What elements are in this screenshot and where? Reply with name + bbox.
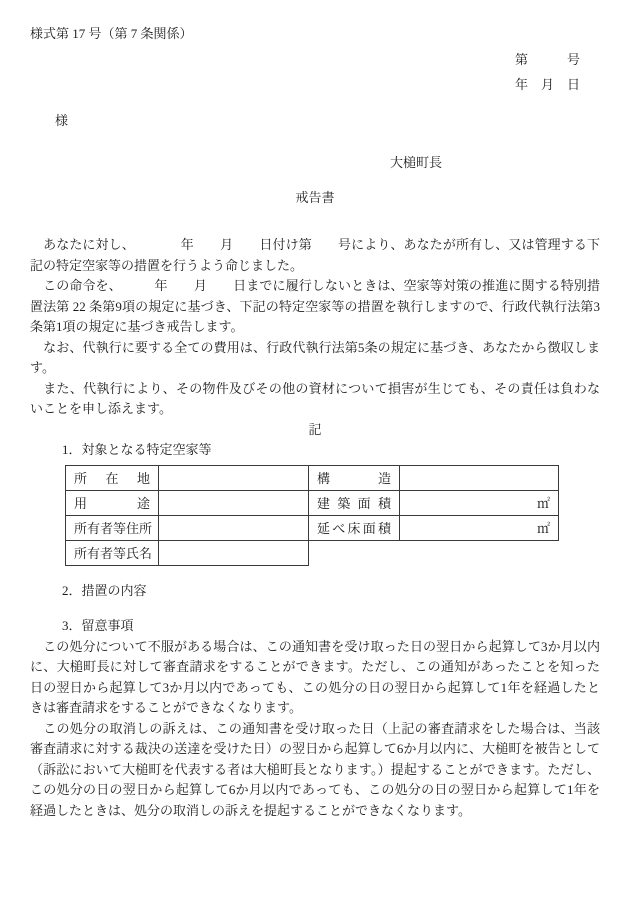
document-number-block: 第 号 年 月 日 bbox=[30, 47, 600, 97]
paragraph-cost-collection: なお、代執行に要する全ての費用は、行政代執行法第5条の規定に基づき、あなたから徴… bbox=[30, 338, 600, 379]
paragraph-review-request: この処分について不服がある場合は、この通知書を受け取った日の翌日から起算して3か… bbox=[30, 637, 600, 719]
owner-name-value-cell bbox=[159, 540, 309, 565]
owner-address-label-cell: 所有者等住所 bbox=[66, 515, 159, 540]
section-3-heading: 3．留意事項 bbox=[62, 616, 600, 637]
location-value-cell bbox=[159, 465, 309, 490]
paragraph-order-notice: あなたに対し、 年 月 日付け第 号により、あなたが所有し、又は管理する下記の特… bbox=[30, 235, 600, 276]
table-row: 所有者等氏名 bbox=[66, 540, 559, 565]
location-label-cell: 所在地 bbox=[66, 465, 159, 490]
table-row: 所有者等住所 延べ床面積 ㎡ bbox=[66, 515, 559, 540]
document-title: 戒告書 bbox=[30, 188, 600, 208]
floor-area-unit-cell: ㎡ bbox=[400, 515, 559, 540]
building-area-label-cell: 建築面積 bbox=[309, 490, 400, 515]
notes-text: この処分について不服がある場合は、この通知書を受け取った日の翌日から起算して3か… bbox=[30, 637, 600, 822]
form-number: 様式第 17 号（第 7 条関係） bbox=[30, 24, 600, 44]
paragraph-warning: この命令を、 年 月 日までに履行しないときは、空家等対策の推進に関する特別措置… bbox=[30, 276, 600, 338]
paragraph-lawsuit: この処分の取消しの訴えは、この通知書を受け取った日（上記の審査請求をした場合は、… bbox=[30, 719, 600, 822]
structure-label-cell: 構造 bbox=[309, 465, 400, 490]
table-row: 用途 建築面積 ㎡ bbox=[66, 490, 559, 515]
section-2-heading: 2．措置の内容 bbox=[62, 581, 600, 602]
property-table: 所在地 構造 用途 建築面積 ㎡ 所有者等住所 延べ床面積 ㎡ 所有者等氏名 bbox=[65, 465, 559, 566]
section-1-heading: 1．対象となる特定空家等 bbox=[62, 440, 600, 461]
building-area-unit-cell: ㎡ bbox=[400, 490, 559, 515]
use-value-cell bbox=[159, 490, 309, 515]
empty-cell bbox=[309, 540, 400, 565]
issuer-title: 大槌町長 bbox=[390, 153, 600, 173]
owner-address-value-cell bbox=[159, 515, 309, 540]
table-row: 所在地 構造 bbox=[66, 465, 559, 490]
body-text: あなたに対し、 年 月 日付け第 号により、あなたが所有し、又は管理する下記の特… bbox=[30, 235, 600, 461]
ki-marker: 記 bbox=[30, 420, 600, 441]
structure-value-cell bbox=[400, 465, 559, 490]
recipient-honorific: 様 bbox=[55, 111, 600, 131]
owner-name-label-cell: 所有者等氏名 bbox=[66, 540, 159, 565]
document-number-line: 第 号 bbox=[30, 47, 580, 72]
document-page: 様式第 17 号（第 7 条関係） 第 号 年 月 日 様 大槌町長 戒告書 あ… bbox=[0, 0, 630, 903]
document-date-line: 年 月 日 bbox=[30, 72, 580, 97]
empty-cell bbox=[400, 540, 559, 565]
floor-area-label-cell: 延べ床面積 bbox=[309, 515, 400, 540]
use-label-cell: 用途 bbox=[66, 490, 159, 515]
paragraph-damage-disclaimer: また、代執行により、その物件及びその他の資材について損害が生じても、その責任は負… bbox=[30, 379, 600, 420]
